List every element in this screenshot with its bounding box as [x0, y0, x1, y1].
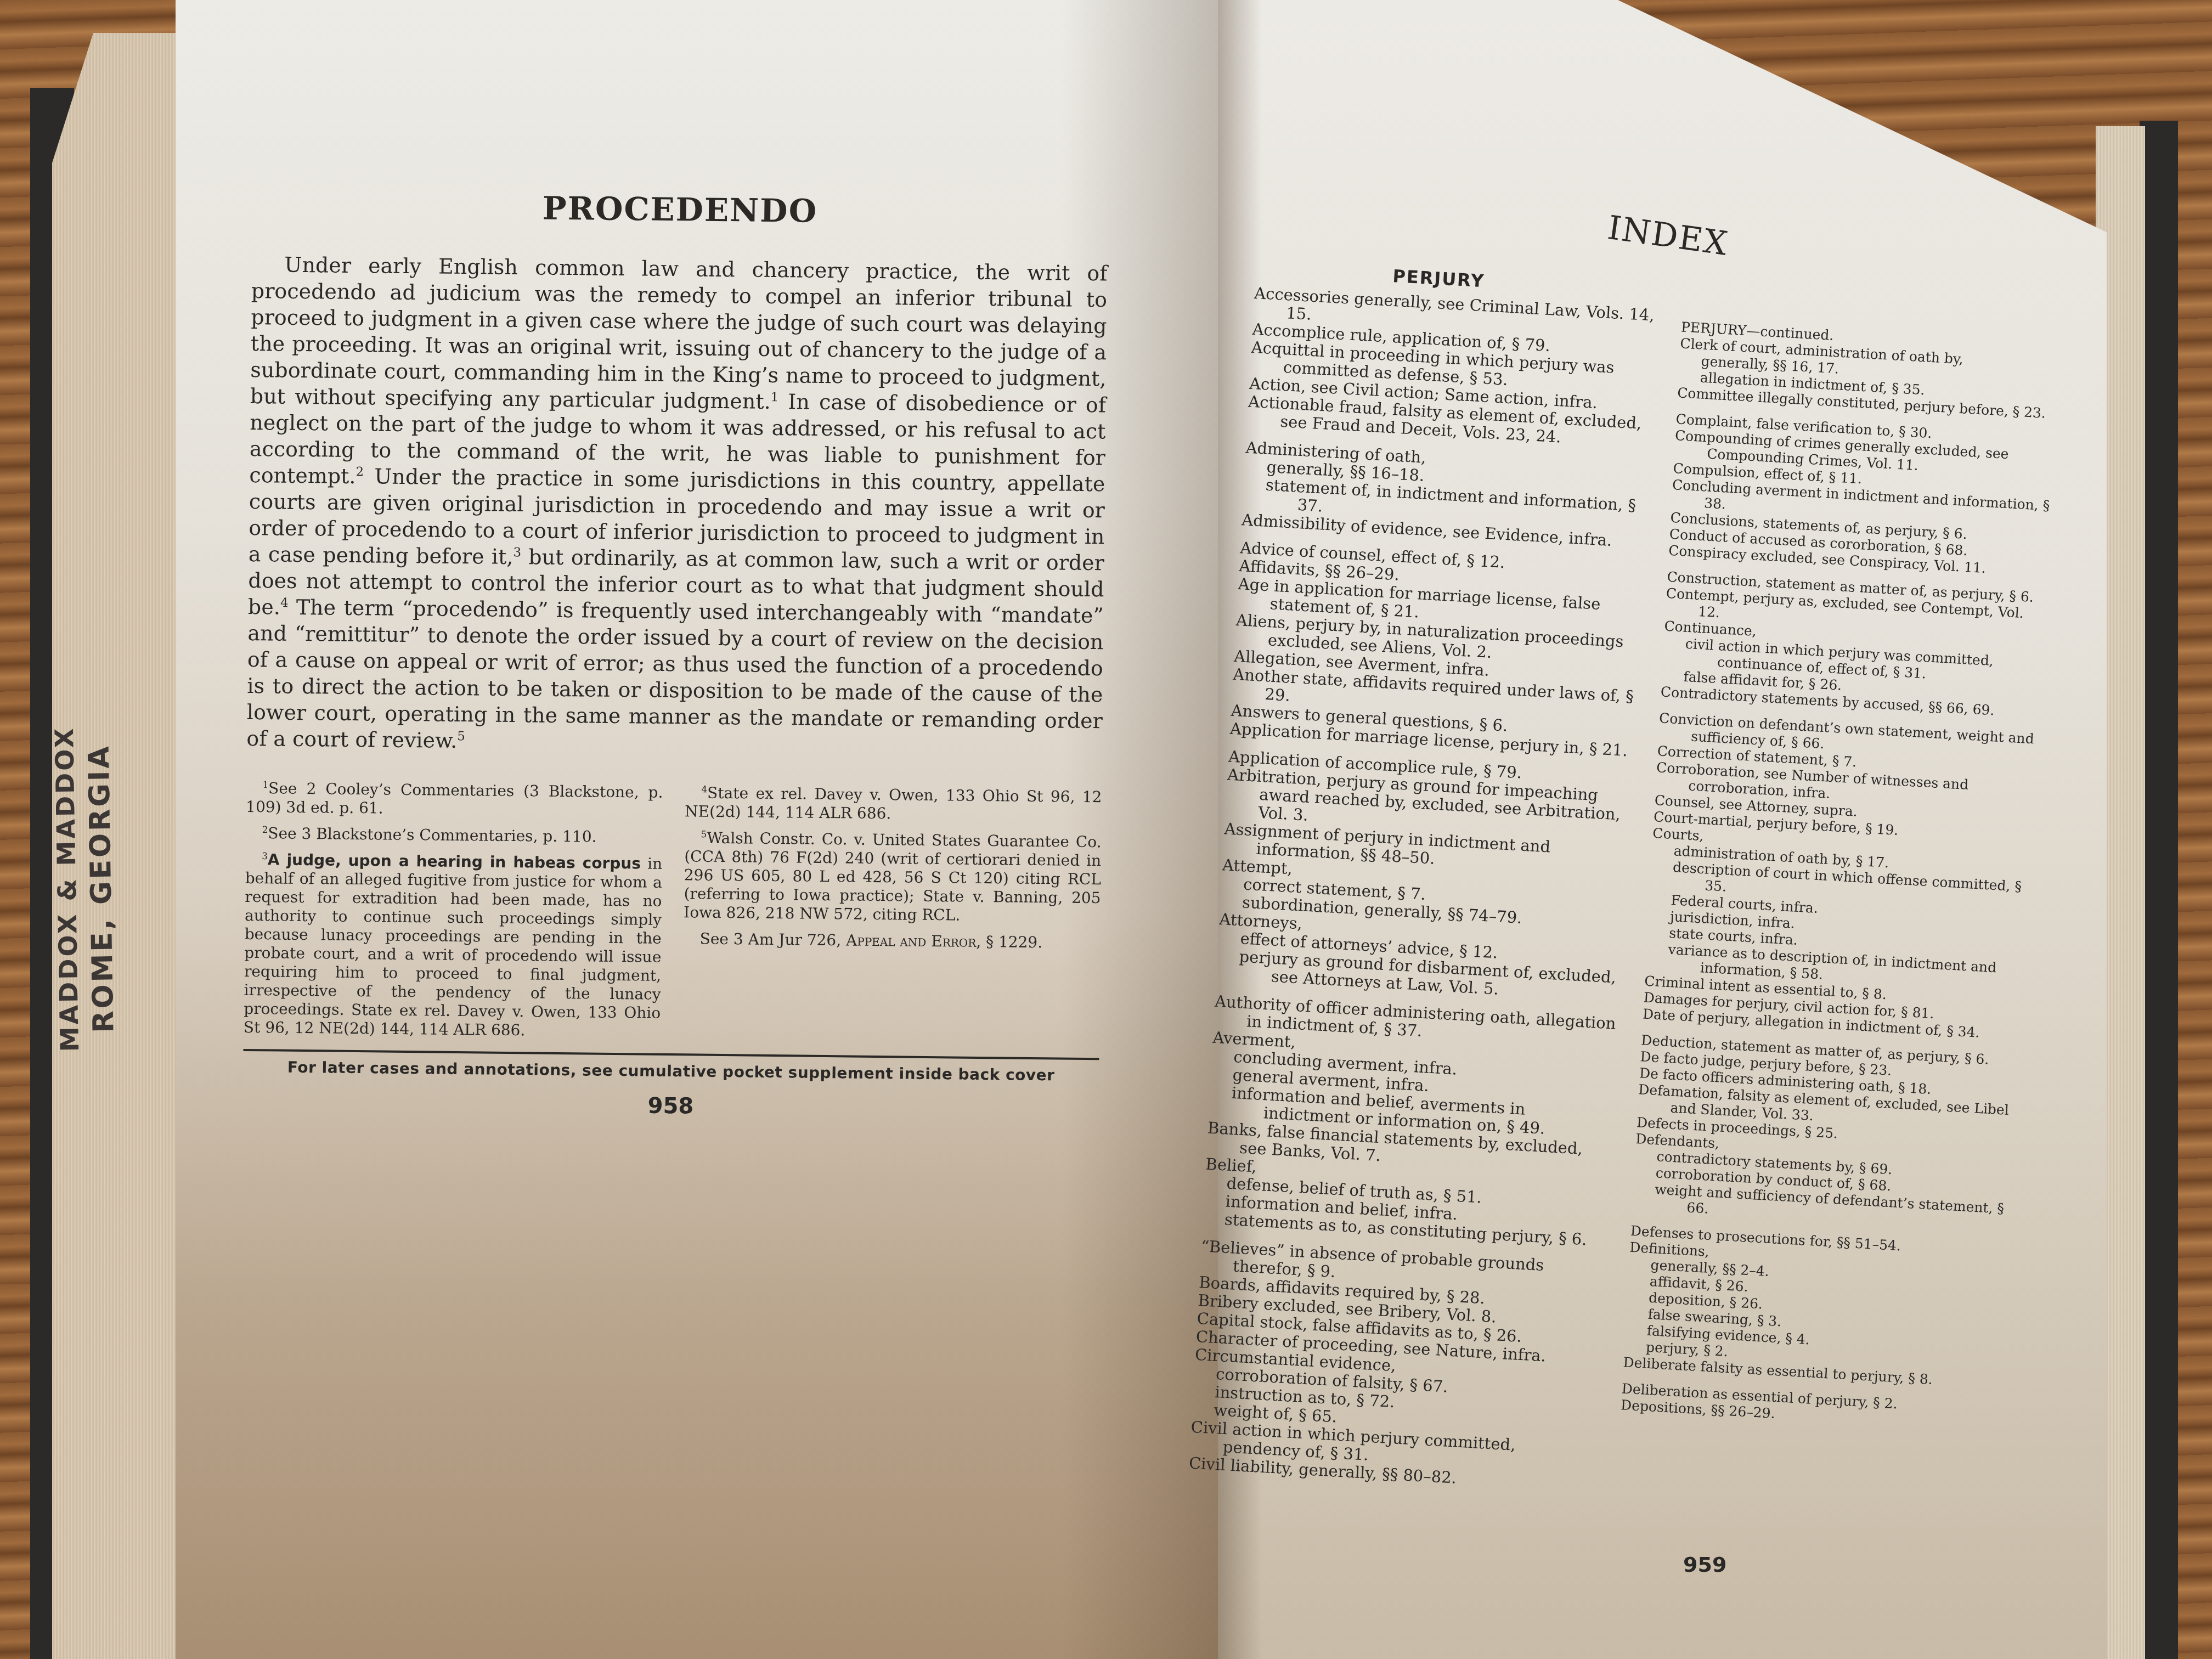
footnote-4: 4State ex rel. Davey v. Owen, 133 Ohio S… [685, 783, 1102, 825]
footnote-1: 1See 2 Cooley’s Commentaries (3 Blacksto… [246, 779, 663, 821]
index-content: PERJURY Accessories generally, see Crimi… [1188, 258, 2078, 1518]
footnote-ref-5[interactable]: 5 [457, 729, 465, 743]
footnote-5: 5Walsh Constr. Co. v. United States Guar… [684, 828, 1102, 926]
left-page: PROCEDENDO Under early English common la… [176, 0, 1218, 1659]
index-columns: Accessories generally, see Criminal Law,… [1188, 284, 2076, 1518]
supplement-note: For later cases and annotations, see cum… [243, 1058, 1099, 1085]
stamp-line-1: MADDOX & MADDOX [49, 726, 84, 1052]
article-body: Under early English common law and chanc… [246, 251, 1107, 760]
footnote-3-lead: A judge, upon a hearing in habeas corpus [268, 850, 641, 872]
footnote-see-also: See 3 Am Jur 726, Appeal and Error, § 12… [684, 929, 1101, 952]
footnote-ref-2[interactable]: 2 [356, 465, 364, 479]
footnote-ref-3[interactable]: 3 [513, 545, 521, 560]
footnote-column-left: 1See 2 Cooley’s Commentaries (3 Blacksto… [244, 779, 663, 1049]
footnote-column-right: 4State ex rel. Davey v. Owen, 133 Ohio S… [682, 783, 1102, 1053]
footnote-2: 2See 3 Blackstone’s Commentaries, p. 110… [245, 824, 662, 847]
footnote-ref-4[interactable]: 4 [280, 596, 289, 610]
book-cover-right [2140, 121, 2178, 1659]
footnote-3: 3A judge, upon a hearing in habeas corpu… [244, 850, 663, 1041]
stamp-line-2: ROME, GEORGIA [82, 744, 120, 1033]
footnote-ref-1[interactable]: 1 [771, 390, 779, 404]
left-page-content: PROCEDENDO Under early English common la… [242, 187, 1108, 1123]
footnotes: 1See 2 Cooley’s Commentaries (3 Blacksto… [244, 779, 1102, 1053]
page-title: PROCEDENDO [252, 187, 1108, 233]
page-number-right: 959 [1683, 1553, 1726, 1577]
page-number-left: 958 [242, 1089, 1098, 1123]
index-column-1: Accessories generally, see Criminal Law,… [1188, 284, 1660, 1495]
index-column-2: PERJURY—continued. Clerk of court, admin… [1616, 319, 2059, 1517]
footnote-divider [243, 1049, 1099, 1060]
article-paragraph: Under early English common law and chanc… [246, 251, 1107, 760]
